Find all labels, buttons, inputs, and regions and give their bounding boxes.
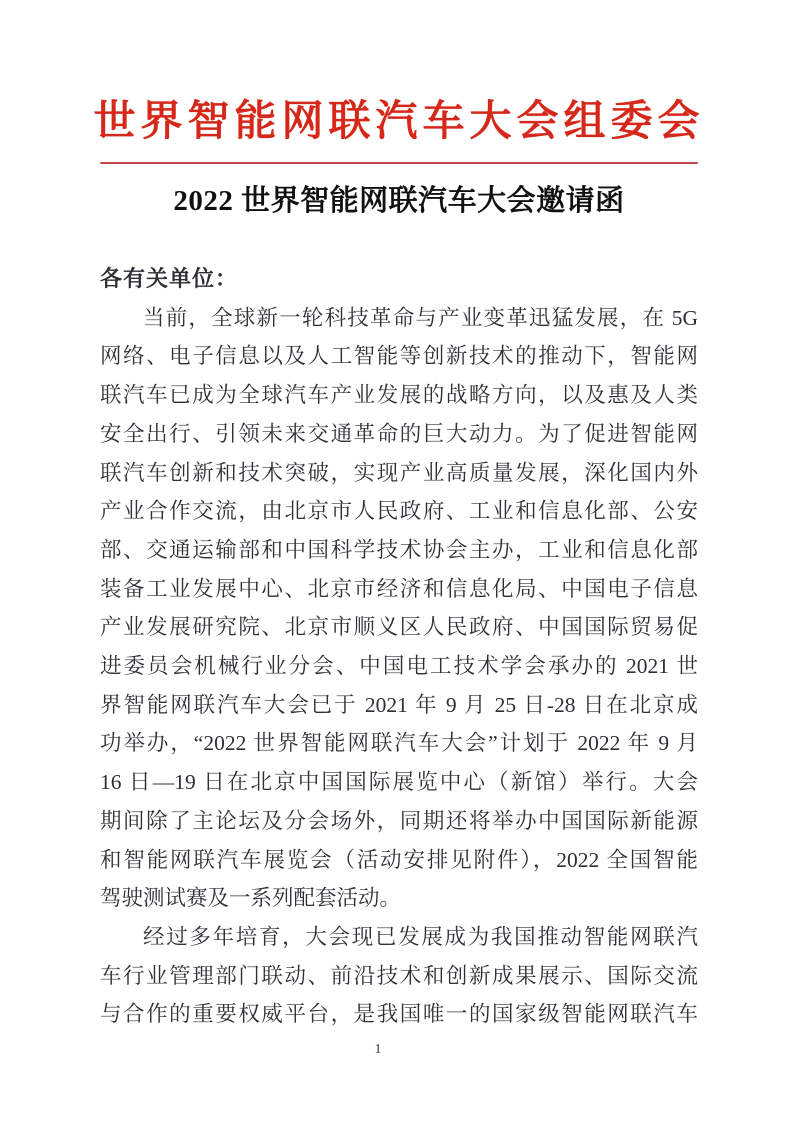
letterhead-divider xyxy=(100,162,698,164)
body-line: 联汽车已成为全球汽车产业发展的战略方向，以及惠及人类 xyxy=(100,376,698,415)
body-line: 功举办，“2022 世界智能网联汽车大会”计划于 2022 年 9 月 xyxy=(100,724,698,763)
body-line: 产业合作交流，由北京市人民政府、工业和信息化部、公安 xyxy=(100,492,698,531)
body-line: 经过多年培育，大会现已发展成为我国推动智能网联汽 xyxy=(100,918,698,957)
paragraph: 经过多年培育，大会现已发展成为我国推动智能网联汽车行业管理部门联动、前沿技术和创… xyxy=(100,918,698,1034)
body-line: 车行业管理部门联动、前沿技术和创新成果展示、国际交流 xyxy=(100,957,698,996)
body-line: 驾驶测试赛及一系列配套活动。 xyxy=(100,879,698,918)
body-line: 当前，全球新一轮科技革命与产业变革迅猛发展，在 5G xyxy=(100,299,698,338)
document-page: 世界智能网联汽车大会组委会 2022 世界智能网联汽车大会邀请函 各有关单位： … xyxy=(0,0,798,1130)
salutation: 各有关单位： xyxy=(100,260,698,299)
body-line: 进委员会机械行业分会、中国电工技术学会承办的 2021 世 xyxy=(100,647,698,686)
body-line: 和智能网联汽车展览会（活动安排见附件），2022 全国智能 xyxy=(100,841,698,880)
body-line: 部、交通运输部和中国科学技术协会主办，工业和信息化部 xyxy=(100,531,698,570)
document-title: 2022 世界智能网联汽车大会邀请函 xyxy=(0,185,798,217)
body-line: 装备工业发展中心、北京市经济和信息化局、中国电子信息 xyxy=(100,570,698,609)
paragraph: 当前，全球新一轮科技革命与产业变革迅猛发展，在 5G网络、电子信息以及人工智能等… xyxy=(100,299,698,918)
document-body: 各有关单位： 当前，全球新一轮科技革命与产业变革迅猛发展，在 5G网络、电子信息… xyxy=(100,260,698,1034)
body-line: 产业发展研究院、北京市顺义区人民政府、中国国际贸易促 xyxy=(100,608,698,647)
body-line: 安全出行、引领未来交通革命的巨大动力。为了促进智能网 xyxy=(100,415,698,454)
body-line: 界智能网联汽车大会已于 2021 年 9 月 25 日-28 日在北京成 xyxy=(100,686,698,725)
letterhead-org-title: 世界智能网联汽车大会组委会 xyxy=(0,98,798,146)
body-line: 期间除了主论坛及分会场外，同期还将举办中国国际新能源 xyxy=(100,802,698,841)
body-line: 联汽车创新和技术突破，实现产业高质量发展，深化国内外 xyxy=(100,454,698,493)
body-line: 16 日—19 日在北京中国国际展览中心（新馆）举行。大会 xyxy=(100,763,698,802)
body-paragraphs: 当前，全球新一轮科技革命与产业变革迅猛发展，在 5G网络、电子信息以及人工智能等… xyxy=(100,299,698,1034)
body-line: 网络、电子信息以及人工智能等创新技术的推动下，智能网 xyxy=(100,337,698,376)
body-line: 与合作的重要权威平台，是我国唯一的国家级智能网联汽车 xyxy=(100,995,698,1034)
page-number: 1 xyxy=(0,1042,756,1058)
